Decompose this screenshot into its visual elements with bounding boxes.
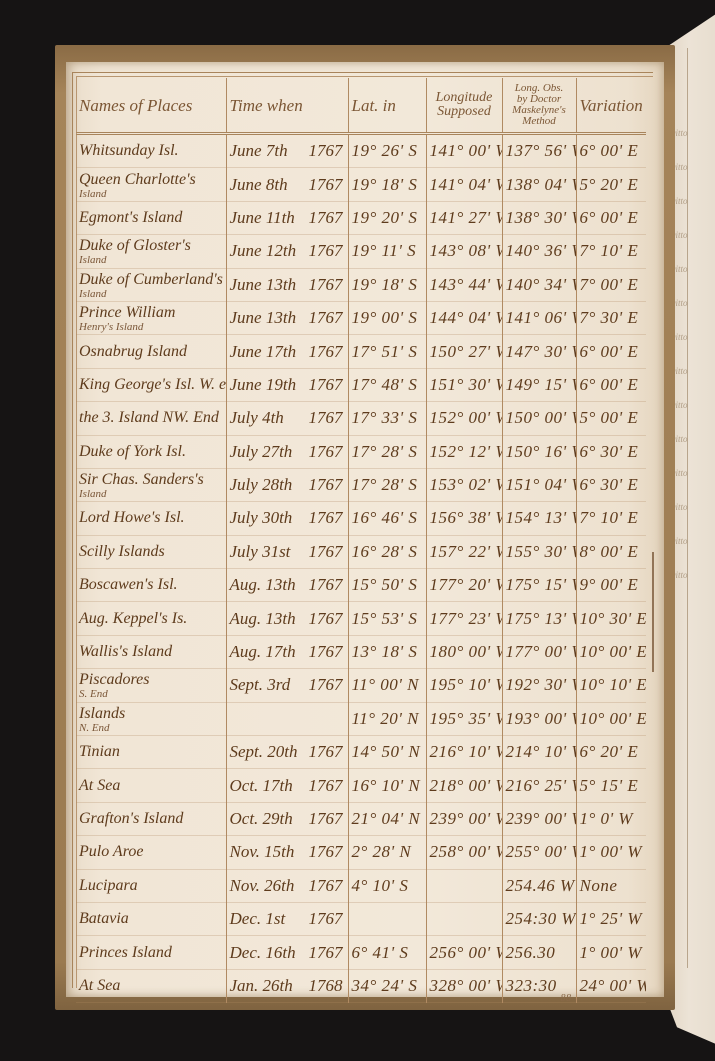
- date-cell: Oct. 17th 1767: [226, 769, 348, 802]
- year-text: 1767: [309, 141, 345, 161]
- place-cell: Duke of Gloster's Island: [76, 235, 226, 268]
- longitude-maskelyne-value: 216° 25' W: [506, 776, 577, 795]
- place-name: Queen Charlotte's: [79, 171, 223, 189]
- longitude-maskelyne-cell: 155° 30' W: [502, 535, 576, 568]
- variation-cell: None: [576, 869, 646, 902]
- header-longitude-line1: Longitude: [430, 91, 499, 105]
- date-cell: June 17th 1767: [226, 335, 348, 368]
- place-name: Batavia: [79, 910, 223, 928]
- date-cell: Aug. 17th 1767: [226, 635, 348, 668]
- variation-cell: 7° 00' E: [576, 268, 646, 301]
- table-row: Duke of Cumberland's Island June 13th 17…: [76, 268, 646, 301]
- date-cell: Sept. 3rd 1767: [226, 669, 348, 702]
- longitude-maskelyne-cell: 323:30 88: [502, 969, 576, 1002]
- place-name: Lucipara: [79, 877, 223, 895]
- place-name: Osnabrug Island: [79, 343, 223, 361]
- longitude-supposed-cell: 153° 02' W: [426, 468, 502, 501]
- table-row: Tinian Sept. 20th 1767 14° 50' N 216° 10…: [76, 736, 646, 769]
- longitude-maskelyne-value: 141° 06' W: [506, 308, 577, 327]
- longitude-maskelyne-cell: 193° 00' W: [502, 702, 576, 735]
- date-cell: June 19th 1767: [226, 368, 348, 401]
- variation-cell: 5° 00' E: [576, 402, 646, 435]
- date-cell: July 30th 1767: [226, 502, 348, 535]
- variation-cell: 8° 00' E: [576, 535, 646, 568]
- longitude-maskelyne-cell: 175° 15' W: [502, 569, 576, 602]
- place-subtitle: S. End: [79, 689, 223, 699]
- date-text: June 17th: [230, 342, 297, 361]
- place-cell: Egmont's Island: [76, 201, 226, 234]
- longitude-maskelyne-cell: 214° 10' W: [502, 736, 576, 769]
- year-text: 1767: [309, 475, 345, 495]
- longitude-maskelyne-cell: 254.46 W: [502, 869, 576, 902]
- year-text: 1767: [309, 408, 345, 428]
- place-cell: Pulo Aroe: [76, 836, 226, 869]
- longitude-maskelyne-value: 175° 13' W: [506, 609, 577, 628]
- longitude-maskelyne-cell: 254:30 W: [502, 902, 576, 935]
- date-text: Oct. 29th: [230, 809, 293, 828]
- table-row: Wallis's Island Aug. 17th 1767 13° 18' S…: [76, 635, 646, 668]
- place-subtitle: N. End: [79, 723, 223, 733]
- table-row: Egmont's Island June 11th 1767 19° 20' S…: [76, 201, 646, 234]
- date-text: June 13th: [230, 275, 297, 294]
- date-text: June 12th: [230, 241, 297, 260]
- year-text: 1767: [309, 776, 345, 796]
- table-row: Prince William Henry's Island June 13th …: [76, 301, 646, 334]
- latitude-cell: 17° 33' S: [348, 402, 426, 435]
- variation-cell: 10° 00' E: [576, 702, 646, 735]
- place-cell: Lord Howe's Isl.: [76, 502, 226, 535]
- longitude-maskelyne-cell: 140° 36' W: [502, 235, 576, 268]
- longitude-maskelyne-cell: 216° 25' W: [502, 769, 576, 802]
- place-cell: Islands N. End: [76, 702, 226, 735]
- place-name: At Sea: [79, 777, 223, 795]
- place-cell: Princes Island: [76, 936, 226, 969]
- longitude-maskelyne-value: 149° 15' W: [506, 375, 577, 394]
- latitude-cell: 19° 11' S: [348, 235, 426, 268]
- latitude-cell: 2° 28' N: [348, 836, 426, 869]
- longitude-maskelyne-cell: 149° 15' W: [502, 368, 576, 401]
- date-cell: Dec. 16th 1767: [226, 936, 348, 969]
- longitude-maskelyne-value: 323:30: [506, 976, 557, 995]
- longitude-supposed-cell: 218° 00' W: [426, 769, 502, 802]
- date-cell: Sept. 20th 1767: [226, 736, 348, 769]
- longitude-maskelyne-value: 138° 04' W: [506, 175, 577, 194]
- table-row: Batavia Dec. 1st 1767 254:30 W 1° 25' W: [76, 902, 646, 935]
- place-subtitle: Island: [79, 189, 223, 199]
- year-text: 1767: [309, 909, 345, 929]
- table-row: Lucipara Nov. 26th 1767 4° 10' S 254.46 …: [76, 869, 646, 902]
- longitude-supposed-cell: 216° 10' W: [426, 736, 502, 769]
- variation-cell: 1° 0' W: [576, 802, 646, 835]
- place-cell: Aug. Keppel's Is.: [76, 602, 226, 635]
- header-longitude-supposed: Longitude Supposed: [426, 78, 502, 134]
- longitude-maskelyne-value: 175° 15' W: [506, 575, 577, 594]
- longitude-maskelyne-cell: 192° 30' W: [502, 669, 576, 702]
- latitude-cell: 17° 28' S: [348, 468, 426, 501]
- date-text: June 13th: [230, 308, 297, 327]
- longitude-maskelyne-value: 154° 13' W: [506, 508, 577, 527]
- longitude-supposed-cell: 141° 04' W: [426, 168, 502, 201]
- ink-mark: [652, 552, 654, 672]
- date-text: June 8th: [230, 175, 288, 194]
- table-row: King George's Isl. W. end June 19th 1767…: [76, 368, 646, 401]
- date-text: Jan. 26th: [230, 976, 293, 995]
- variation-cell: 10° 10' E: [576, 669, 646, 702]
- date-cell: July 28th 1767: [226, 468, 348, 501]
- variation-cell: 6° 30' E: [576, 435, 646, 468]
- table-row: Piscadores S. End Sept. 3rd 1767 11° 00'…: [76, 669, 646, 702]
- year-text: 1767: [309, 642, 345, 662]
- variation-cell: 1° 00' W: [576, 936, 646, 969]
- variation-cell: 6° 00' E: [576, 201, 646, 234]
- place-name: Islands: [79, 705, 223, 723]
- latitude-cell: 34° 24' S: [348, 969, 426, 1002]
- date-text: Aug. 13th: [230, 609, 296, 628]
- latitude-cell: 19° 26' S: [348, 134, 426, 168]
- table-row: Islands N. End 11° 20' N 195° 35' W 193°…: [76, 702, 646, 735]
- longitude-maskelyne-cell: 147° 30' W: [502, 335, 576, 368]
- place-name: Wallis's Island: [79, 643, 223, 661]
- longitude-supposed-cell: 143° 08' W: [426, 235, 502, 268]
- place-name: Lord Howe's Isl.: [79, 509, 223, 527]
- table-row: Aug. Keppel's Is. Aug. 13th 1767 15° 53'…: [76, 602, 646, 635]
- longitude-supposed-cell: 156° 38' W: [426, 502, 502, 535]
- longitude-maskelyne-cell: 177° 00' W: [502, 635, 576, 668]
- date-text: Aug. 17th: [230, 642, 296, 661]
- longitude-supposed-cell: [426, 902, 502, 935]
- longitude-supposed-cell: 141° 00' W: [426, 134, 502, 168]
- longitude-supposed-cell: 177° 23' W: [426, 602, 502, 635]
- date-text: June 11th: [230, 208, 295, 227]
- place-name: Prince William: [79, 304, 223, 322]
- longitude-maskelyne-value: 151° 04' W: [506, 475, 577, 494]
- longitude-supposed-cell: 157° 22' W: [426, 535, 502, 568]
- longitude-supposed-cell: 151° 30' W: [426, 368, 502, 401]
- year-text: 1767: [309, 575, 345, 595]
- longitude-maskelyne-value: 137° 56' W: [506, 141, 577, 160]
- place-cell: Boscawen's Isl.: [76, 569, 226, 602]
- year-text: 1767: [309, 675, 345, 695]
- longitude-supposed-cell: 141° 27' W: [426, 201, 502, 234]
- year-text: 1767: [309, 175, 345, 195]
- date-text: July 30th: [230, 508, 293, 527]
- latitude-cell: 14° 50' N: [348, 736, 426, 769]
- longitude-maskelyne-value: 193° 00' W: [506, 709, 577, 728]
- date-cell: Nov. 26th 1767: [226, 869, 348, 902]
- date-cell: Nov. 15th 1767: [226, 836, 348, 869]
- latitude-cell: 17° 28' S: [348, 435, 426, 468]
- place-name: Grafton's Island: [79, 810, 223, 828]
- date-cell: June 7th 1767: [226, 134, 348, 168]
- year-text: 1767: [309, 442, 345, 462]
- table-row: At Sea Jan. 26th 1768 34° 24' S 328° 00'…: [76, 969, 646, 1002]
- date-text: June 7th: [230, 141, 288, 160]
- place-subtitle: Island: [79, 289, 223, 299]
- longitude-supposed-cell: 328° 00' W: [426, 969, 502, 1002]
- place-cell: Sir Chas. Sanders's Island: [76, 468, 226, 501]
- table-row: Duke of York Isl. July 27th 1767 17° 28'…: [76, 435, 646, 468]
- place-name: Duke of Gloster's: [79, 237, 223, 255]
- table-row: Whitsunday Isl. June 7th 1767 19° 26' S …: [76, 134, 646, 168]
- place-name: Duke of Cumberland's: [79, 271, 223, 289]
- place-cell: Queen Charlotte's Island: [76, 168, 226, 201]
- longitude-supposed-cell: 239° 00' W: [426, 802, 502, 835]
- place-cell: Lucipara: [76, 869, 226, 902]
- table-row: Scilly Islands July 31st 1767 16° 28' S …: [76, 535, 646, 568]
- variation-cell: 9° 00' E: [576, 569, 646, 602]
- place-name: Pulo Aroe: [79, 843, 223, 861]
- longitude-maskelyne-value: 255° 00' W: [506, 842, 577, 861]
- place-cell: Wallis's Island: [76, 635, 226, 668]
- date-text: Aug. 13th: [230, 575, 296, 594]
- header-date: Time when: [226, 78, 348, 134]
- longitude-maskelyne-cell: 175° 13' W: [502, 602, 576, 635]
- place-cell: Piscadores S. End: [76, 669, 226, 702]
- longitude-maskelyne-cell: 150° 00' W: [502, 402, 576, 435]
- date-cell: June 8th 1767: [226, 168, 348, 201]
- longitude-maskelyne-value: 192° 30' W: [506, 675, 577, 694]
- longitude-maskelyne-value: 214° 10' W: [506, 742, 577, 761]
- variation-cell: 6° 00' E: [576, 368, 646, 401]
- longitude-maskelyne-cell: 256.30: [502, 936, 576, 969]
- longitude-supposed-cell: 152° 12' W: [426, 435, 502, 468]
- longitude-maskelyne-value: 239° 00' W: [506, 809, 577, 828]
- longitude-supposed-cell: 256° 00' W: [426, 936, 502, 969]
- longitude-maskelyne-cell: 154° 13' W: [502, 502, 576, 535]
- year-text: 1767: [309, 809, 345, 829]
- place-cell: Batavia: [76, 902, 226, 935]
- variation-cell: 10° 00' E: [576, 635, 646, 668]
- place-cell: the 3. Island NW. End: [76, 402, 226, 435]
- latitude-cell: [348, 902, 426, 935]
- year-text: 1767: [309, 842, 345, 862]
- variation-cell: 1° 25' W: [576, 902, 646, 935]
- date-text: Dec. 1st: [230, 909, 286, 928]
- header-longitude-line2: Supposed: [430, 105, 499, 119]
- table-row: Lord Howe's Isl. July 30th 1767 16° 46' …: [76, 502, 646, 535]
- year-text: 1767: [309, 742, 345, 762]
- table-row: Duke of Gloster's Island June 12th 1767 …: [76, 235, 646, 268]
- longitude-supposed-cell: 195° 10' W: [426, 669, 502, 702]
- header-longitude-maskelyne: Long. Obs. by Doctor Maskelyne's Method: [502, 78, 576, 134]
- header-variation: Variation: [576, 78, 646, 134]
- place-cell: At Sea: [76, 769, 226, 802]
- year-text: 1767: [309, 275, 345, 295]
- date-cell: [226, 702, 348, 735]
- place-cell: Grafton's Island: [76, 802, 226, 835]
- longitude-supposed-cell: 143° 44' W: [426, 268, 502, 301]
- navigation-log-table: Names of Places Time when Lat. in Longit…: [76, 78, 646, 1003]
- place-name: Duke of York Isl.: [79, 443, 223, 461]
- year-text: 1767: [309, 609, 345, 629]
- longitude-supposed-cell: 180° 00' W: [426, 635, 502, 668]
- place-name: the 3. Island NW. End: [79, 409, 223, 427]
- longitude-maskelyne-value: 254.46 W: [506, 876, 575, 895]
- latitude-cell: 16° 28' S: [348, 535, 426, 568]
- longitude-supposed-cell: 150° 27' W: [426, 335, 502, 368]
- place-name: Egmont's Island: [79, 209, 223, 227]
- place-cell: Scilly Islands: [76, 535, 226, 568]
- place-name: Sir Chas. Sanders's: [79, 471, 223, 489]
- place-subtitle: Island: [79, 489, 223, 499]
- date-text: June 19th: [230, 375, 297, 394]
- longitude-maskelyne-value: 256.30: [506, 943, 556, 962]
- manuscript-page: Names of Places Time when Lat. in Longit…: [66, 62, 664, 997]
- date-text: July 31st: [230, 542, 291, 561]
- latitude-cell: 17° 51' S: [348, 335, 426, 368]
- variation-cell: 6° 30' E: [576, 468, 646, 501]
- date-cell: Jan. 26th 1768: [226, 969, 348, 1002]
- longitude-maskelyne-cell: 150° 16' W: [502, 435, 576, 468]
- place-cell: Duke of York Isl.: [76, 435, 226, 468]
- latitude-cell: 13° 18' S: [348, 635, 426, 668]
- date-cell: July 31st 1767: [226, 535, 348, 568]
- year-text: 1767: [309, 241, 345, 261]
- longitude-maskelyne-value: 140° 34' W: [506, 275, 577, 294]
- date-cell: June 11th 1767: [226, 201, 348, 234]
- date-text: Sept. 20th: [230, 742, 298, 761]
- place-name: Aug. Keppel's Is.: [79, 610, 223, 628]
- table-row: Osnabrug Island June 17th 1767 17° 51' S…: [76, 335, 646, 368]
- year-text: 1767: [309, 943, 345, 963]
- variation-cell: 10° 30' E: [576, 602, 646, 635]
- longitude-maskelyne-cell: 140° 34' W: [502, 268, 576, 301]
- place-cell: Whitsunday Isl.: [76, 134, 226, 168]
- date-text: Oct. 17th: [230, 776, 293, 795]
- date-text: Dec. 16th: [230, 943, 296, 962]
- date-text: Sept. 3rd: [230, 675, 291, 694]
- date-cell: June 12th 1767: [226, 235, 348, 268]
- date-text: July 27th: [230, 442, 293, 461]
- longitude-maskelyne-cell: 138° 30' W: [502, 201, 576, 234]
- variation-cell: 5° 15' E: [576, 769, 646, 802]
- header-place: Names of Places: [76, 78, 226, 134]
- latitude-cell: 11° 20' N: [348, 702, 426, 735]
- longitude-supposed-cell: 177° 20' W: [426, 569, 502, 602]
- date-cell: July 4th 1767: [226, 402, 348, 435]
- place-cell: At Sea: [76, 969, 226, 1002]
- header-lat: Lat. in: [348, 78, 426, 134]
- place-cell: Osnabrug Island: [76, 335, 226, 368]
- longitude-supposed-cell: 258° 00' W: [426, 836, 502, 869]
- header-mask-line4: Method: [506, 116, 573, 127]
- date-text: July 28th: [230, 475, 293, 494]
- year-text: 1767: [309, 876, 345, 896]
- latitude-cell: 4° 10' S: [348, 869, 426, 902]
- variation-cell: 1° 00' W: [576, 836, 646, 869]
- longitude-supposed-cell: 152° 00' W: [426, 402, 502, 435]
- table-row: Boscawen's Isl. Aug. 13th 1767 15° 50' S…: [76, 569, 646, 602]
- place-name: Scilly Islands: [79, 543, 223, 561]
- latitude-cell: 19° 18' S: [348, 268, 426, 301]
- table-row: Princes Island Dec. 16th 1767 6° 41' S 2…: [76, 936, 646, 969]
- header-row: Names of Places Time when Lat. in Longit…: [76, 78, 646, 134]
- date-cell: Dec. 1st 1767: [226, 902, 348, 935]
- longitude-maskelyne-value: 254:30 W: [506, 909, 577, 928]
- date-text: July 4th: [230, 408, 284, 427]
- table-row: the 3. Island NW. End July 4th 1767 17° …: [76, 402, 646, 435]
- date-cell: July 27th 1767: [226, 435, 348, 468]
- longitude-maskelyne-cell: 255° 00' W: [502, 836, 576, 869]
- longitude-maskelyne-cell: 239° 00' W: [502, 802, 576, 835]
- longitude-maskelyne-value: 177° 00' W: [506, 642, 577, 661]
- latitude-cell: 15° 53' S: [348, 602, 426, 635]
- latitude-cell: 15° 50' S: [348, 569, 426, 602]
- variation-cell: 24° 00' W: [576, 969, 646, 1002]
- year-text: 1767: [309, 542, 345, 562]
- place-cell: Tinian: [76, 736, 226, 769]
- longitude-maskelyne-value: 147° 30' W: [506, 342, 577, 361]
- variation-cell: 6° 00' E: [576, 335, 646, 368]
- latitude-cell: 11° 00' N: [348, 669, 426, 702]
- date-cell: Aug. 13th 1767: [226, 569, 348, 602]
- longitude-maskelyne-cell: 138° 04' W: [502, 168, 576, 201]
- longitude-maskelyne-cell: 137° 56' W: [502, 134, 576, 168]
- variation-cell: 5° 20' E: [576, 168, 646, 201]
- year-text: 1768: [309, 976, 345, 996]
- latitude-cell: 16° 10' N: [348, 769, 426, 802]
- place-name: Piscadores: [79, 671, 223, 689]
- place-name: At Sea: [79, 977, 223, 995]
- place-cell: King George's Isl. W. end: [76, 368, 226, 401]
- latitude-cell: 21° 04' N: [348, 802, 426, 835]
- place-cell: Prince William Henry's Island: [76, 301, 226, 334]
- place-name: Tinian: [79, 743, 223, 761]
- latitude-cell: 17° 48' S: [348, 368, 426, 401]
- longitude-maskelyne-cell: 141° 06' W: [502, 301, 576, 334]
- longitude-supposed-cell: [426, 869, 502, 902]
- date-text: Nov. 15th: [230, 842, 295, 861]
- variation-cell: 6° 00' E: [576, 134, 646, 168]
- longitude-maskelyne-value: 150° 00' W: [506, 408, 577, 427]
- table-row: Grafton's Island Oct. 29th 1767 21° 04' …: [76, 802, 646, 835]
- place-cell: Duke of Cumberland's Island: [76, 268, 226, 301]
- latitude-cell: 16° 46' S: [348, 502, 426, 535]
- latitude-cell: 6° 41' S: [348, 936, 426, 969]
- date-cell: June 13th 1767: [226, 301, 348, 334]
- date-cell: Aug. 13th 1767: [226, 602, 348, 635]
- year-text: 1767: [309, 308, 345, 328]
- longitude-supposed-cell: 144° 04' W: [426, 301, 502, 334]
- place-name: King George's Isl. W. end: [79, 376, 223, 394]
- longitude-maskelyne-value: 150° 16' W: [506, 442, 577, 461]
- longitude-maskelyne-value: 155° 30' W: [506, 542, 577, 561]
- variation-cell: 7° 30' E: [576, 301, 646, 334]
- place-subtitle: Henry's Island: [79, 322, 223, 332]
- longitude-maskelyne-cell: 151° 04' W: [502, 468, 576, 501]
- longitude-maskelyne-value: 138° 30' W: [506, 208, 577, 227]
- variation-cell: 7° 10' E: [576, 235, 646, 268]
- year-text: 1767: [309, 375, 345, 395]
- table-row: Pulo Aroe Nov. 15th 1767 2° 28' N 258° 0…: [76, 836, 646, 869]
- place-name: Whitsunday Isl.: [79, 142, 223, 160]
- table-row: Queen Charlotte's Island June 8th 1767 1…: [76, 168, 646, 201]
- variation-cell: 6° 20' E: [576, 736, 646, 769]
- latitude-cell: 19° 18' S: [348, 168, 426, 201]
- place-name: Boscawen's Isl.: [79, 576, 223, 594]
- place-subtitle: Island: [79, 255, 223, 265]
- latitude-cell: 19° 20' S: [348, 201, 426, 234]
- place-name: Princes Island: [79, 944, 223, 962]
- date-text: Nov. 26th: [230, 876, 295, 895]
- latitude-cell: 19° 00' S: [348, 301, 426, 334]
- year-text: 1767: [309, 208, 345, 228]
- year-text: 1767: [309, 342, 345, 362]
- date-cell: Oct. 29th 1767: [226, 802, 348, 835]
- variation-cell: 7° 10' E: [576, 502, 646, 535]
- table-row: Sir Chas. Sanders's Island July 28th 176…: [76, 468, 646, 501]
- table-row: At Sea Oct. 17th 1767 16° 10' N 218° 00'…: [76, 769, 646, 802]
